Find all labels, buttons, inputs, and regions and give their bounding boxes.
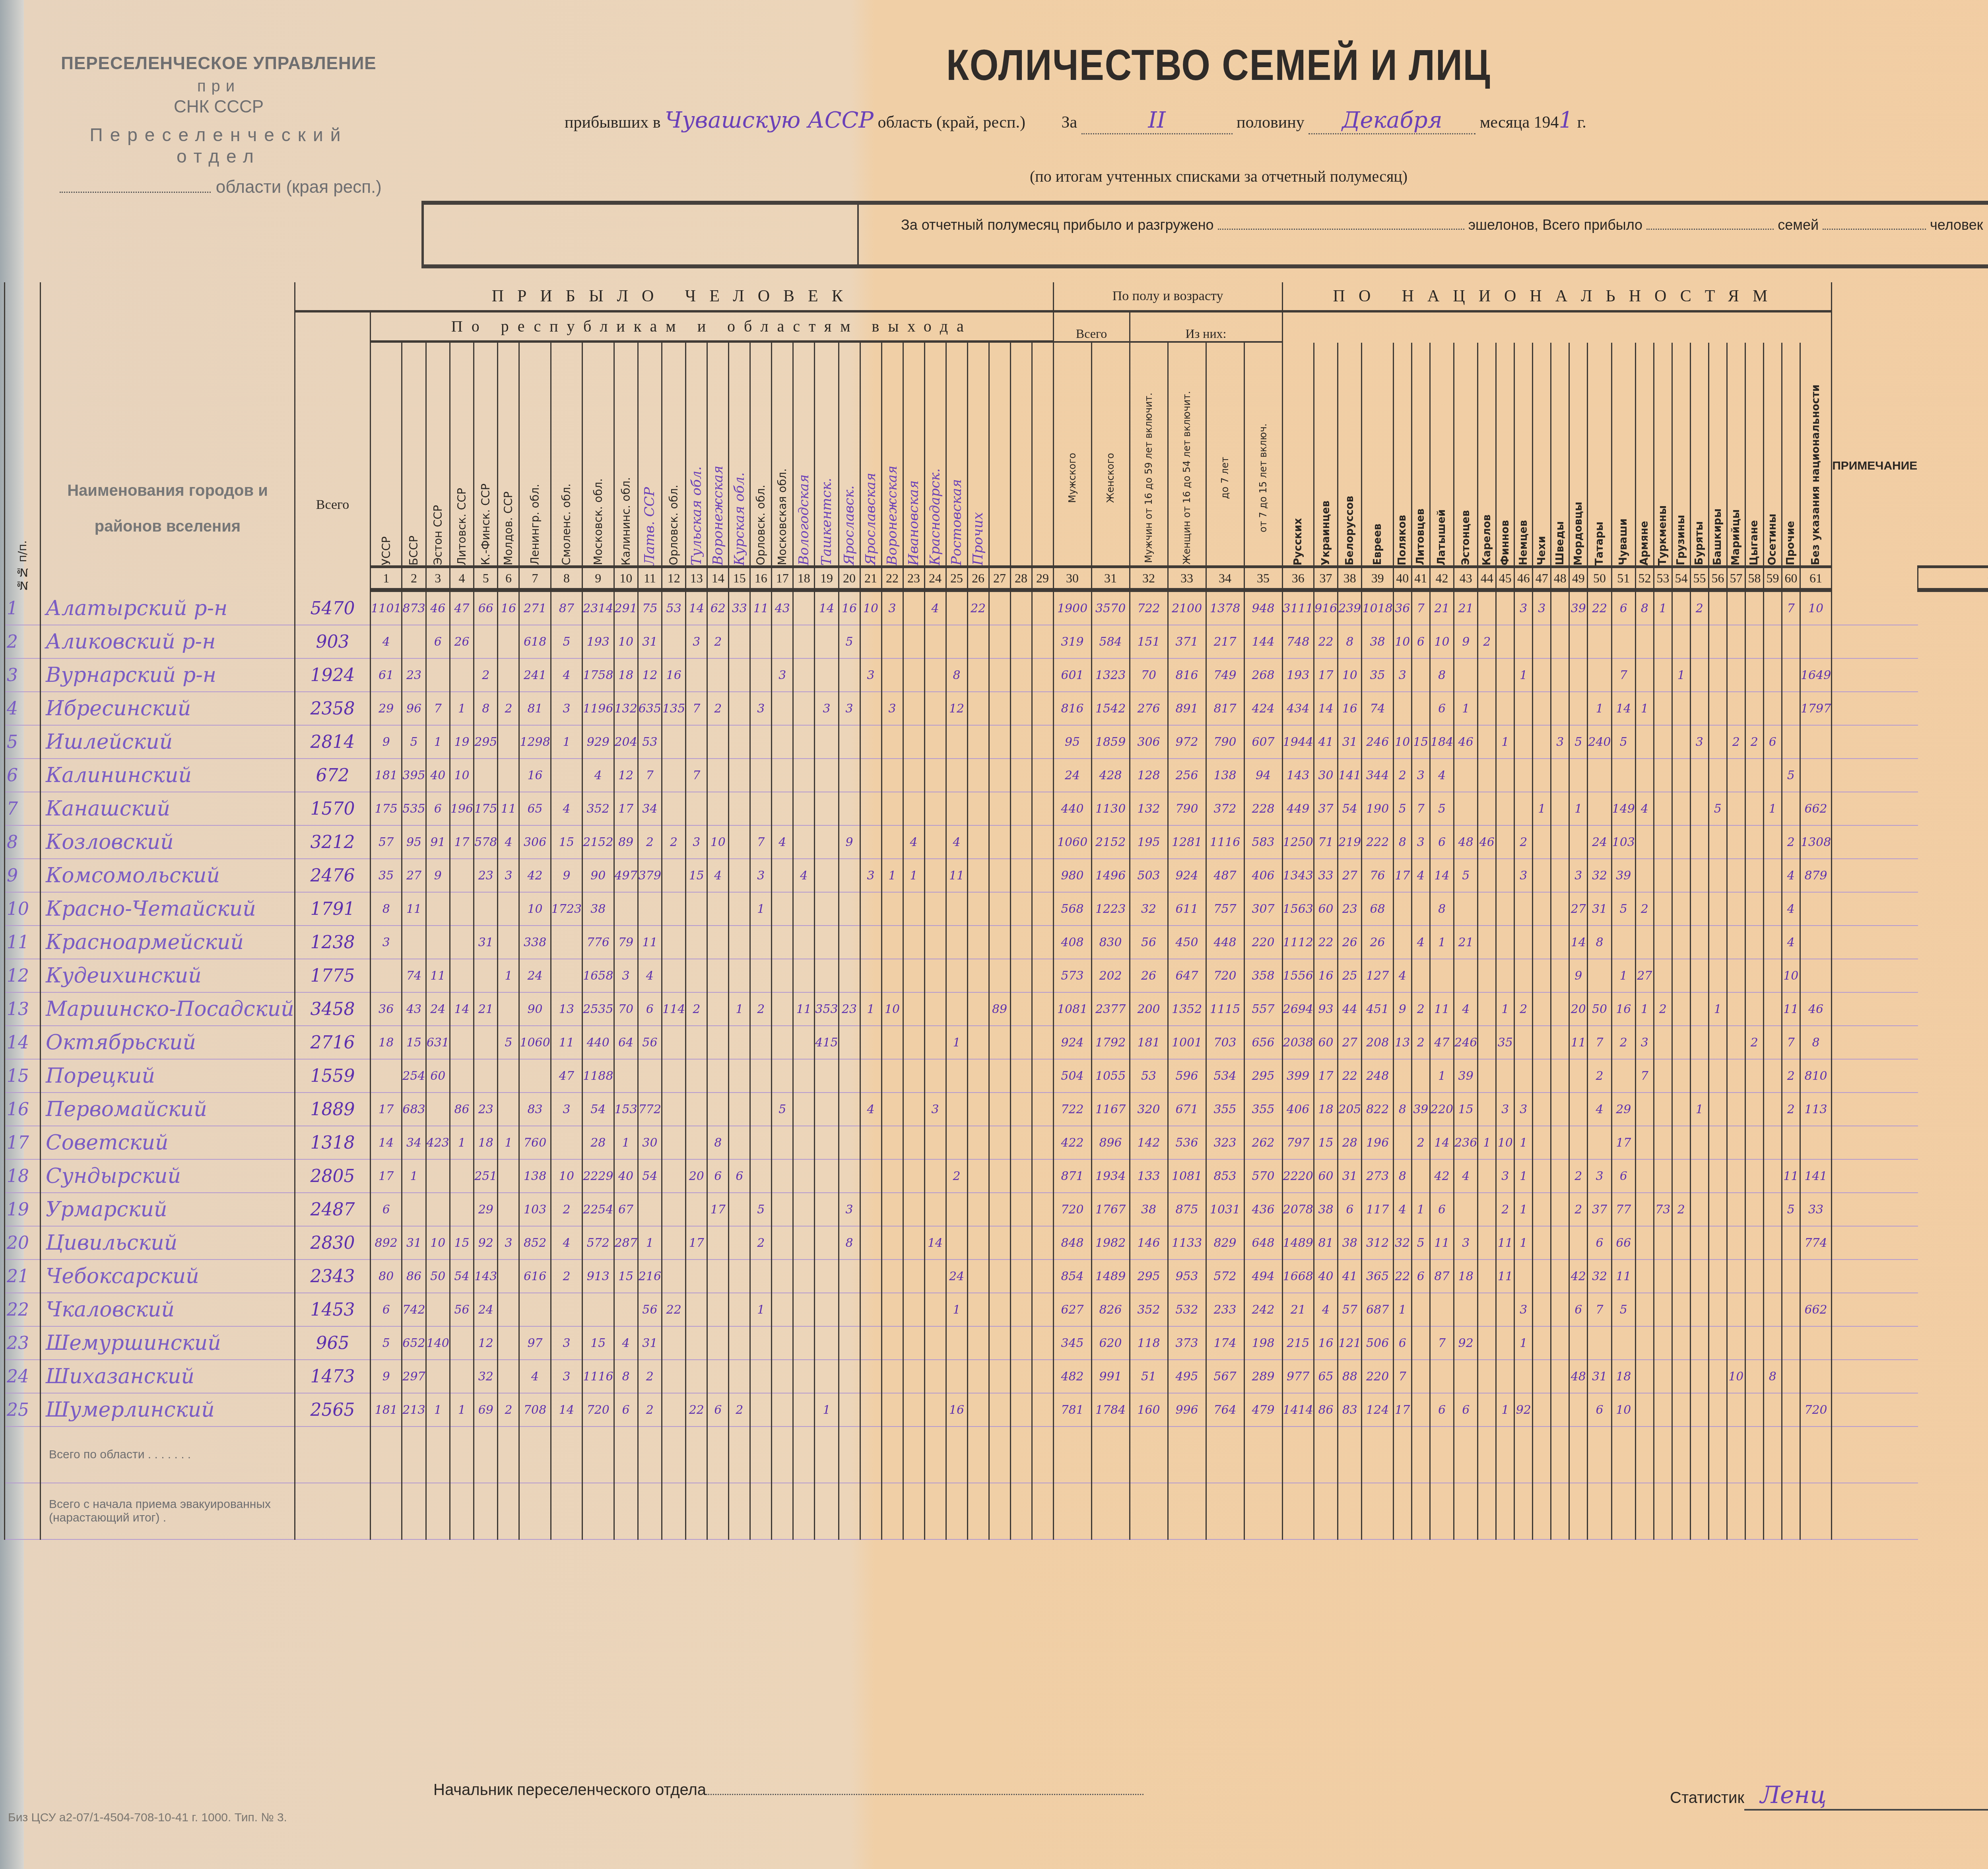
sex-age-cell-31: 854 bbox=[1053, 1260, 1091, 1293]
origin-cell-20 bbox=[815, 1360, 839, 1393]
origin-cell-9: 4 bbox=[551, 658, 582, 692]
sex-age-cell-33: 51 bbox=[1130, 1360, 1168, 1393]
column-number-label: 52 bbox=[1636, 565, 1653, 592]
nationality-cell-59 bbox=[1745, 1093, 1763, 1126]
nationality-cell-53 bbox=[1635, 1360, 1654, 1393]
footer-cell bbox=[582, 1483, 614, 1539]
origin-cell-30 bbox=[1032, 725, 1053, 759]
origin-cell-6 bbox=[474, 1059, 498, 1093]
nationality-cell-62 bbox=[1800, 926, 1831, 959]
sex-age-cell-36: 289 bbox=[1244, 1360, 1282, 1393]
nationality-col-label: Финнов bbox=[1499, 512, 1511, 565]
nationality-cell-42: 2 bbox=[1411, 992, 1430, 1026]
nationality-cell-52: 5 bbox=[1611, 725, 1635, 759]
origin-cell-11: 89 bbox=[614, 825, 638, 859]
nationality-cell-60 bbox=[1763, 692, 1782, 725]
origin-cell-3 bbox=[402, 625, 426, 658]
nationality-cell-47 bbox=[1514, 692, 1533, 725]
nationality-cell-46: 1 bbox=[1496, 1393, 1514, 1426]
nationality-cell-45 bbox=[1478, 1059, 1496, 1093]
sex-age-cell-34: 371 bbox=[1168, 625, 1206, 658]
origin-cell-19 bbox=[793, 1026, 815, 1059]
nationality-cell-40: 38 bbox=[1362, 625, 1393, 658]
nationality-cell-62 bbox=[1800, 725, 1831, 759]
row-number: 6 bbox=[5, 759, 41, 792]
nationality-cell-46: 3 bbox=[1496, 1159, 1514, 1193]
origin-cell-11: 17 bbox=[614, 792, 638, 825]
column-number: 50 bbox=[1588, 565, 1611, 592]
nationality-cell-53 bbox=[1635, 1326, 1654, 1360]
origin-cell-30 bbox=[1032, 759, 1053, 792]
origin-cell-22 bbox=[860, 1393, 881, 1426]
origin-cell-23 bbox=[881, 1326, 903, 1360]
nationality-cell-52: 14 bbox=[1611, 692, 1635, 725]
nationality-cell-49 bbox=[1551, 1059, 1569, 1093]
origin-cell-9: 2 bbox=[551, 1193, 582, 1226]
origin-cell-7 bbox=[498, 658, 519, 692]
column-number: 52 bbox=[1635, 565, 1654, 592]
nationality-cell-41: 9 bbox=[1393, 992, 1411, 1026]
origin-cell-7 bbox=[498, 725, 519, 759]
origin-cell-14 bbox=[686, 926, 707, 959]
origin-cell-28 bbox=[989, 1126, 1010, 1159]
region-field[interactable]: Чувашскую АССР bbox=[665, 107, 874, 133]
origin-cell-17 bbox=[750, 1126, 772, 1159]
origin-cell-11: 1 bbox=[614, 1126, 638, 1159]
nationality-cell-44: 92 bbox=[1454, 1326, 1478, 1360]
column-number-label: 35 bbox=[1245, 565, 1282, 592]
sex-age-cell-31: 504 bbox=[1053, 1059, 1091, 1093]
note-cell bbox=[1832, 1026, 1918, 1059]
sex-age-cell-34: 953 bbox=[1168, 1260, 1206, 1293]
row-total: 3458 bbox=[295, 992, 371, 1026]
origin-cell-20 bbox=[815, 792, 839, 825]
nationality-cell-56 bbox=[1690, 959, 1708, 992]
document-title: КОЛИЧЕСТВО СЕМЕЙ И ЛИЦ bbox=[946, 40, 1491, 90]
sex-age-cell-31: 980 bbox=[1053, 859, 1091, 892]
origin-cell-2: 9 bbox=[371, 1360, 402, 1393]
origin-cell-13 bbox=[662, 959, 686, 992]
nationality-cell-48 bbox=[1533, 1360, 1551, 1393]
statistician-signature[interactable]: Ленц bbox=[1744, 1781, 1988, 1811]
nationality-cell-42 bbox=[1411, 1360, 1430, 1393]
footer-index bbox=[5, 1483, 41, 1539]
footer-cell bbox=[686, 1483, 707, 1539]
nationality-cell-46: 1 bbox=[1496, 725, 1514, 759]
sex-age-cell-36: 355 bbox=[1244, 1093, 1282, 1126]
row-number: 23 bbox=[5, 1326, 41, 1360]
origin-cell-30 bbox=[1032, 926, 1053, 959]
footer-cell bbox=[519, 1483, 551, 1539]
sex-age-cell-32: 2152 bbox=[1091, 825, 1130, 859]
origin-cell-22 bbox=[860, 692, 881, 725]
column-number-label: 55 bbox=[1691, 565, 1708, 592]
nationality-cell-43: 8 bbox=[1430, 658, 1454, 692]
nationality-cell-37: 143 bbox=[1282, 759, 1314, 792]
footer-cell bbox=[614, 1426, 638, 1483]
origin-cell-11: 6 bbox=[614, 1393, 638, 1426]
sex-age-cell-34: 875 bbox=[1168, 1193, 1206, 1226]
origin-cell-5: 56 bbox=[450, 1293, 474, 1326]
footer-cell bbox=[1430, 1426, 1454, 1483]
sex-age-cell-35: 372 bbox=[1206, 792, 1244, 825]
origin-cell-25 bbox=[924, 1326, 946, 1360]
footer-cell bbox=[295, 1426, 371, 1483]
footer-cell bbox=[1478, 1426, 1496, 1483]
nationality-cell-54 bbox=[1654, 1159, 1672, 1193]
nationality-cell-39: 141 bbox=[1338, 759, 1362, 792]
footer-cell bbox=[1800, 1426, 1831, 1483]
origin-col-header-24: Ивановская bbox=[903, 343, 924, 565]
nationality-cell-46: 10 bbox=[1496, 1126, 1514, 1159]
sex-age-cell-34: 1281 bbox=[1168, 825, 1206, 859]
origin-cell-5: 14 bbox=[450, 992, 474, 1026]
table-row: 23Шемуршинский96556521401297315431345620… bbox=[5, 1326, 1988, 1360]
origin-cell-26: 16 bbox=[946, 1393, 967, 1426]
origin-cell-30 bbox=[1032, 1226, 1053, 1260]
footer-cell bbox=[1244, 1483, 1282, 1539]
nationality-cell-43 bbox=[1430, 1293, 1454, 1326]
origin-cell-6: 143 bbox=[474, 1260, 498, 1293]
nationality-cell-39: 57 bbox=[1338, 1293, 1362, 1326]
table-row: 1Алатырский р-н5470110187346476616271872… bbox=[5, 592, 1988, 625]
sex-age-cell-31: 627 bbox=[1053, 1293, 1091, 1326]
origin-cell-15 bbox=[707, 1360, 729, 1393]
nationality-cell-39: 88 bbox=[1338, 1360, 1362, 1393]
origin-cell-17 bbox=[750, 1093, 772, 1126]
district-name: Первомайский bbox=[41, 1093, 295, 1126]
nationality-cell-44: 1 bbox=[1454, 692, 1478, 725]
origin-cell-8: 138 bbox=[519, 1159, 551, 1193]
nationality-cell-39: 23 bbox=[1338, 892, 1362, 926]
origin-cell-20 bbox=[815, 1093, 839, 1126]
nationality-cell-54: 73 bbox=[1654, 1193, 1672, 1226]
nationality-cell-60 bbox=[1763, 1059, 1782, 1093]
column-number: 9 bbox=[582, 565, 614, 592]
nationality-col-header-62: Без указания национальности bbox=[1800, 343, 1831, 565]
nationality-cell-51: 6 bbox=[1588, 1393, 1611, 1426]
origin-cell-30 bbox=[1032, 1393, 1053, 1426]
column-number-label: 56 bbox=[1709, 565, 1726, 592]
nationality-col-header-55: Грузины bbox=[1672, 343, 1690, 565]
origin-cell-9: 5 bbox=[551, 625, 582, 658]
origin-cell-22: 3 bbox=[860, 658, 881, 692]
nationality-cell-49 bbox=[1551, 1226, 1569, 1260]
origin-cell-27 bbox=[967, 625, 989, 658]
origin-cell-15 bbox=[707, 959, 729, 992]
nationality-cell-42: 7 bbox=[1411, 792, 1430, 825]
origin-cell-13 bbox=[662, 1026, 686, 1059]
column-number: 14 bbox=[707, 565, 729, 592]
origin-cell-16 bbox=[729, 959, 750, 992]
sex-age-cell-32: 1323 bbox=[1091, 658, 1130, 692]
origin-cell-3: 31 bbox=[402, 1226, 426, 1260]
column-number: 19 bbox=[815, 565, 839, 592]
origin-cell-19 bbox=[793, 926, 815, 959]
column-number: 33 bbox=[1168, 565, 1206, 592]
origin-cell-3: 1 bbox=[402, 1159, 426, 1193]
origin-cell-10: 193 bbox=[582, 625, 614, 658]
row-number: 19 bbox=[5, 1193, 41, 1226]
footer-cell bbox=[551, 1483, 582, 1539]
origin-cell-6 bbox=[474, 892, 498, 926]
nationality-cell-52: 149 bbox=[1611, 792, 1635, 825]
nationality-cell-43 bbox=[1430, 1360, 1454, 1393]
origin-cell-9: 1723 bbox=[551, 892, 582, 926]
origin-cell-14 bbox=[686, 792, 707, 825]
column-number: 21 bbox=[860, 565, 881, 592]
origin-cell-18 bbox=[772, 1126, 793, 1159]
sex-age-cell-33: 38 bbox=[1130, 1193, 1168, 1226]
nationality-cell-49 bbox=[1551, 992, 1569, 1026]
sex-age-cell-36: 198 bbox=[1244, 1326, 1282, 1360]
origin-cell-29 bbox=[1010, 859, 1032, 892]
origin-cell-21 bbox=[839, 1293, 860, 1326]
nationality-col-label: Прочие bbox=[1785, 513, 1797, 565]
column-number-label: 57 bbox=[1728, 565, 1745, 592]
nationality-cell-50: 5 bbox=[1569, 725, 1588, 759]
month-field[interactable]: Декабря bbox=[1309, 107, 1475, 134]
nationality-col-header-51: Татары bbox=[1588, 343, 1611, 565]
nationality-cell-45 bbox=[1478, 692, 1496, 725]
origin-cell-13 bbox=[662, 1059, 686, 1093]
chief-signature-line: Начальник переселенческого отдела bbox=[433, 1781, 1143, 1799]
nationality-cell-44: 21 bbox=[1454, 926, 1478, 959]
origin-cell-13 bbox=[662, 859, 686, 892]
sex-age-cell-36: 307 bbox=[1244, 892, 1282, 926]
column-number-label: 54 bbox=[1673, 565, 1690, 592]
nationality-cell-61 bbox=[1782, 1293, 1800, 1326]
origin-cell-26 bbox=[946, 892, 967, 926]
nationality-cell-57 bbox=[1708, 1393, 1727, 1426]
nationality-cell-39: 6 bbox=[1338, 1193, 1362, 1226]
origin-cell-13 bbox=[662, 926, 686, 959]
column-number-label: 59 bbox=[1764, 565, 1781, 592]
origin-cell-25 bbox=[924, 1159, 946, 1193]
origin-cell-16 bbox=[729, 1193, 750, 1226]
origin-cell-20 bbox=[815, 825, 839, 859]
origin-cell-10: 1758 bbox=[582, 658, 614, 692]
nationality-cell-61 bbox=[1782, 1326, 1800, 1360]
origin-cell-17 bbox=[750, 1393, 772, 1426]
origin-cell-6: 24 bbox=[474, 1293, 498, 1326]
origin-cell-16 bbox=[729, 658, 750, 692]
origin-cell-27 bbox=[967, 892, 989, 926]
footer-cell bbox=[1635, 1426, 1654, 1483]
origin-cell-13: 114 bbox=[662, 992, 686, 1026]
origin-cell-9: 13 bbox=[551, 992, 582, 1026]
origin-cell-28 bbox=[989, 1026, 1010, 1059]
nationality-cell-49 bbox=[1551, 692, 1569, 725]
row-total: 5470 bbox=[295, 592, 371, 625]
sex-age-cell-34: 972 bbox=[1168, 725, 1206, 759]
origin-cell-8: 1298 bbox=[519, 725, 551, 759]
nationality-cell-45 bbox=[1478, 592, 1496, 625]
nationality-cell-38: 40 bbox=[1314, 1260, 1338, 1293]
nationality-cell-57 bbox=[1708, 892, 1727, 926]
nationality-cell-45 bbox=[1478, 1193, 1496, 1226]
origin-cell-8 bbox=[519, 1293, 551, 1326]
nationality-cell-43: 21 bbox=[1430, 592, 1454, 625]
row-number: 1 bbox=[5, 592, 41, 625]
origin-cell-22 bbox=[860, 926, 881, 959]
origin-cell-6: 2 bbox=[474, 658, 498, 692]
nationality-cell-37: 193 bbox=[1282, 658, 1314, 692]
origin-cell-29 bbox=[1010, 759, 1032, 792]
footer-cell bbox=[1411, 1426, 1430, 1483]
footer-cell bbox=[967, 1483, 989, 1539]
half-field[interactable]: II bbox=[1081, 107, 1233, 134]
row-number: 3 bbox=[5, 658, 41, 692]
table-row: 7Канашский157017553561961751165435217344… bbox=[5, 792, 1988, 825]
origin-cell-27 bbox=[967, 1159, 989, 1193]
nationality-cell-53: 4 bbox=[1635, 792, 1654, 825]
sex-age-cell-32: 1167 bbox=[1091, 1093, 1130, 1126]
origin-cell-11: 79 bbox=[614, 926, 638, 959]
sex-age-cell-33: 195 bbox=[1130, 825, 1168, 859]
origin-cell-28 bbox=[989, 1093, 1010, 1126]
nationality-cell-48 bbox=[1533, 1126, 1551, 1159]
nationality-cell-55 bbox=[1672, 592, 1690, 625]
origin-cell-12: 635 bbox=[638, 692, 662, 725]
column-number: 27 bbox=[989, 565, 1010, 592]
origin-cell-17 bbox=[750, 1159, 772, 1193]
origin-cell-4 bbox=[426, 926, 450, 959]
nationality-cell-40: 1018 bbox=[1362, 592, 1393, 625]
origin-cell-22 bbox=[860, 1193, 881, 1226]
origin-cell-25 bbox=[924, 825, 946, 859]
origin-cell-10: 1196 bbox=[582, 692, 614, 725]
origin-cell-13 bbox=[662, 1159, 686, 1193]
origin-col-label: Ивановская bbox=[906, 472, 922, 566]
nationality-cell-53 bbox=[1635, 759, 1654, 792]
footer-cell bbox=[1091, 1426, 1130, 1483]
nationality-cell-62: 810 bbox=[1800, 1059, 1831, 1093]
origin-cell-25 bbox=[924, 1126, 946, 1159]
nationality-subgroup-header bbox=[1282, 312, 1832, 343]
nationality-cell-62: 33 bbox=[1800, 1193, 1831, 1226]
column-number: 2 bbox=[402, 565, 426, 592]
note-cell bbox=[1832, 1159, 1918, 1193]
origin-cell-2 bbox=[371, 1059, 402, 1093]
origin-col-label: К.-Финск. ССР bbox=[479, 475, 492, 565]
nationality-cell-51: 6 bbox=[1588, 1226, 1611, 1260]
note-line: (по итогам учтенных списками за отчетный… bbox=[1030, 167, 1408, 186]
origin-cell-18 bbox=[772, 1159, 793, 1193]
origin-cell-2: 181 bbox=[371, 1393, 402, 1426]
origin-cell-23 bbox=[881, 892, 903, 926]
origin-cell-25 bbox=[924, 725, 946, 759]
nationality-cell-44 bbox=[1454, 959, 1478, 992]
origin-cell-28 bbox=[989, 1393, 1010, 1426]
sex-age-cell-34: 924 bbox=[1168, 859, 1206, 892]
nationality-cell-60 bbox=[1763, 992, 1782, 1026]
sex-age-col-header-33: Мужчин от 16 до 59 лет включит. bbox=[1130, 343, 1168, 565]
footer-cell bbox=[1727, 1426, 1745, 1483]
footer-cell bbox=[967, 1426, 989, 1483]
sex-age-cell-31: 95 bbox=[1053, 725, 1091, 759]
year-field[interactable]: 1 bbox=[1559, 107, 1573, 133]
sex-age-cell-36: 607 bbox=[1244, 725, 1282, 759]
sex-age-cell-34: 596 bbox=[1168, 1059, 1206, 1093]
origin-cell-9: 3 bbox=[551, 1326, 582, 1360]
col-a-label: №№ п/п. bbox=[16, 532, 29, 592]
origin-cell-13 bbox=[662, 892, 686, 926]
nationality-cell-46 bbox=[1496, 959, 1514, 992]
origin-cell-8: 618 bbox=[519, 625, 551, 658]
nationality-cell-55 bbox=[1672, 1393, 1690, 1426]
nationality-cell-50 bbox=[1569, 759, 1588, 792]
nationality-cell-53 bbox=[1635, 1159, 1654, 1193]
note-cell bbox=[1832, 1226, 1918, 1260]
row-total: 2487 bbox=[295, 1193, 371, 1226]
origin-cell-10: 2314 bbox=[582, 592, 614, 625]
origin-cell-23 bbox=[881, 1159, 903, 1193]
nationality-cell-59 bbox=[1745, 1126, 1763, 1159]
origin-cell-14 bbox=[686, 1059, 707, 1093]
nationality-cell-55 bbox=[1672, 1026, 1690, 1059]
origin-cell-8: 83 bbox=[519, 1093, 551, 1126]
sex-age-cell-32: 584 bbox=[1091, 625, 1130, 658]
nationality-cell-47 bbox=[1514, 1360, 1533, 1393]
nationality-cell-39: 16 bbox=[1338, 692, 1362, 725]
origin-cell-23 bbox=[881, 1260, 903, 1293]
arrived-label: прибывших в bbox=[565, 113, 661, 132]
statistician-signature-line: СтатистикЛенц bbox=[1670, 1781, 1988, 1811]
origin-cell-29 bbox=[1010, 1293, 1032, 1326]
origin-cell-5 bbox=[450, 658, 474, 692]
nationality-cell-54 bbox=[1654, 1226, 1672, 1260]
nationality-cell-54 bbox=[1654, 625, 1672, 658]
footer-cell bbox=[1362, 1483, 1393, 1539]
nationality-cell-48 bbox=[1533, 825, 1551, 859]
nationality-cell-57 bbox=[1708, 1126, 1727, 1159]
origin-cell-24 bbox=[903, 892, 924, 926]
origin-cell-30 bbox=[1032, 859, 1053, 892]
table-row: 18Сундырский2805171251138102229405420662… bbox=[5, 1159, 1988, 1193]
origin-cell-22 bbox=[860, 1026, 881, 1059]
origin-cell-21 bbox=[839, 725, 860, 759]
nationality-col-label: Татары bbox=[1594, 514, 1606, 565]
nationality-cell-53 bbox=[1635, 1260, 1654, 1293]
nationality-group-header: ПО НАЦИОНАЛЬНОСТЯМ bbox=[1282, 282, 1832, 312]
origin-cell-24 bbox=[903, 1093, 924, 1126]
nationality-cell-59 bbox=[1745, 1193, 1763, 1226]
footer-cell bbox=[450, 1483, 474, 1539]
origin-cell-14: 3 bbox=[686, 625, 707, 658]
sex-age-cell-32: 1792 bbox=[1091, 1026, 1130, 1059]
nationality-cell-41: 13 bbox=[1393, 1026, 1411, 1059]
nationality-cell-62 bbox=[1800, 1126, 1831, 1159]
origin-cell-27 bbox=[967, 692, 989, 725]
origin-cell-16 bbox=[729, 1093, 750, 1126]
nationality-cell-52: 5 bbox=[1611, 1293, 1635, 1326]
nationality-cell-54 bbox=[1654, 725, 1672, 759]
nationality-cell-62: 10 bbox=[1800, 592, 1831, 625]
nationality-cell-49 bbox=[1551, 1393, 1569, 1426]
nationality-cell-60 bbox=[1763, 892, 1782, 926]
footer-cell bbox=[450, 1426, 474, 1483]
origin-cell-20 bbox=[815, 1159, 839, 1193]
sex-age-cell-34: 816 bbox=[1168, 658, 1206, 692]
origin-cell-22 bbox=[860, 1126, 881, 1159]
origin-cell-18 bbox=[772, 1226, 793, 1260]
origin-cell-5: 1 bbox=[450, 1126, 474, 1159]
nationality-col-header-49: Шведы bbox=[1551, 343, 1569, 565]
nationality-cell-46 bbox=[1496, 759, 1514, 792]
nationality-cell-53: 3 bbox=[1635, 1026, 1654, 1059]
column-number: 30 bbox=[1053, 565, 1091, 592]
